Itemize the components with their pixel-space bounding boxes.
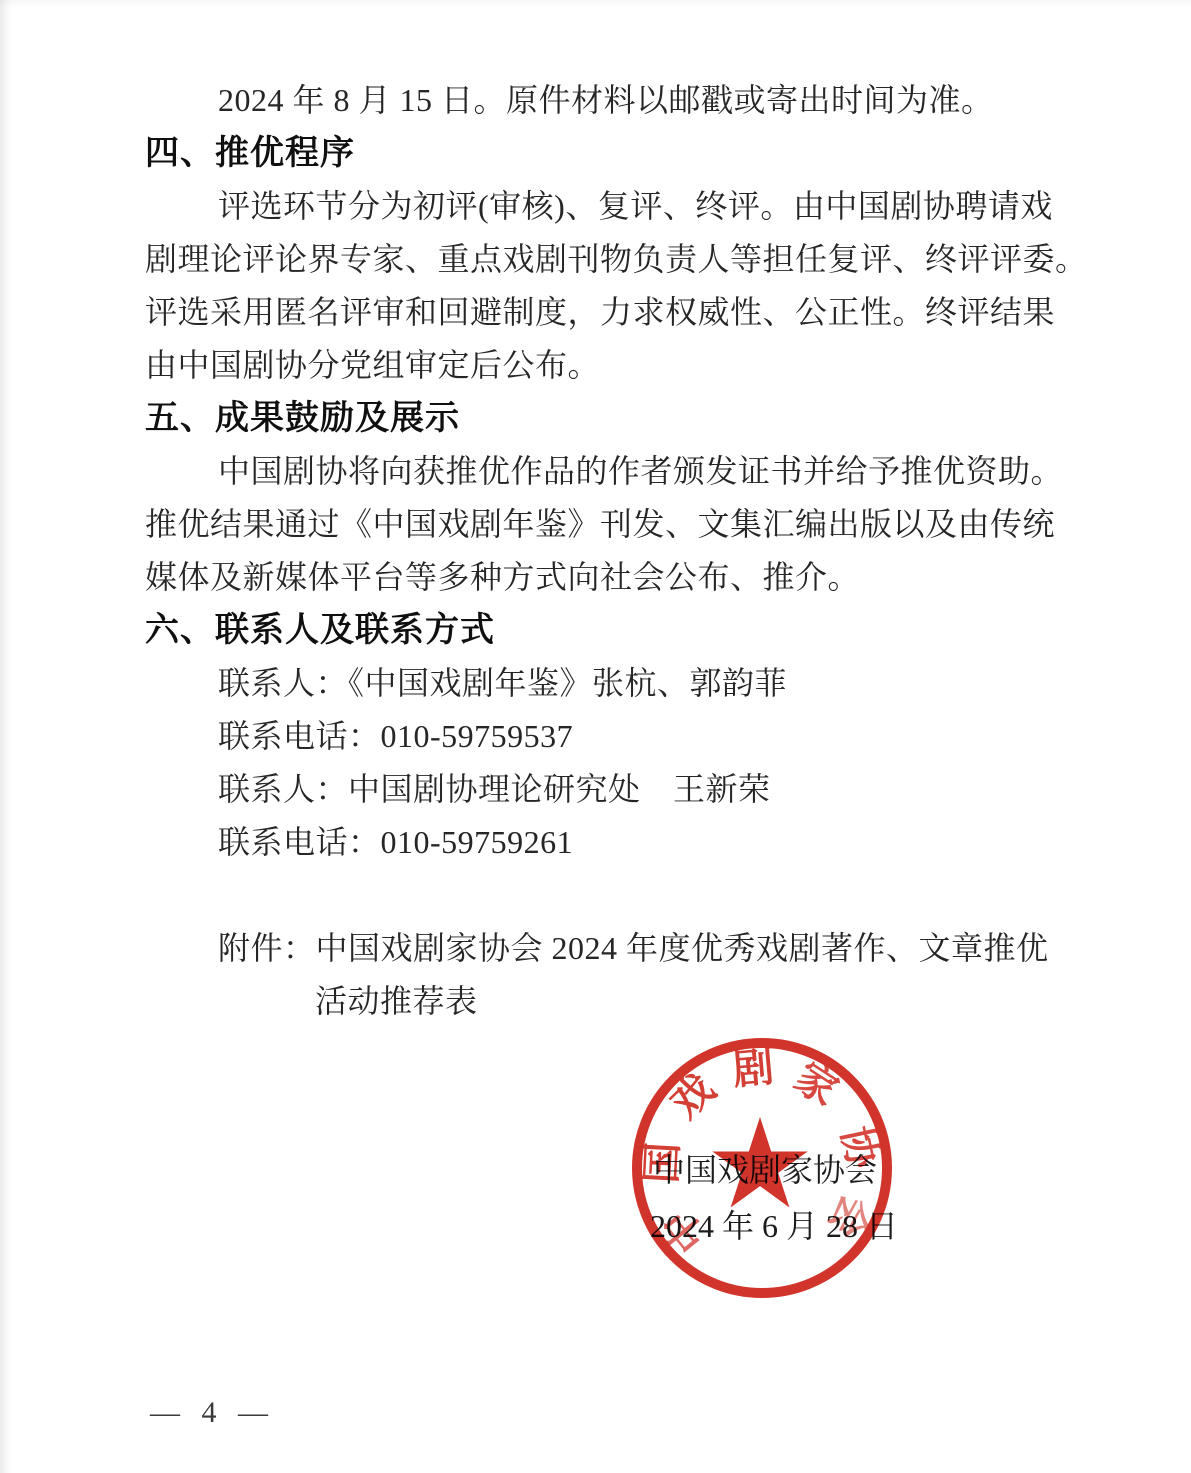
document-body: 2024 年 8 月 15 日。原件材料以邮戳或寄出时间为准。 四、推优程序 评… — [145, 74, 1067, 1028]
seal-ring-char: 协 — [833, 1122, 887, 1174]
page-number: — 4 — — [150, 1396, 275, 1430]
doc-line: 2024 年 8 月 15 日。原件材料以邮戳或寄出时间为准。 — [145, 74, 1067, 127]
contact-name-line: 联系人：《中国戏剧年鉴》张杭、郭韵菲 — [145, 657, 1067, 710]
document-page: 2024 年 8 月 15 日。原件材料以邮戳或寄出时间为准。 四、推优程序 评… — [0, 0, 1191, 1473]
blank-line — [145, 869, 1067, 922]
doc-line: 媒体及新媒体平台等多种方式向社会公布、推介。 — [145, 551, 1067, 604]
seal-star — [712, 1117, 807, 1208]
seal-ring-char: 中 — [654, 1200, 716, 1261]
seal-ring-char: 剧 — [731, 1044, 776, 1093]
doc-line: 由中国剧协分党组审定后公布。 — [145, 339, 1067, 392]
doc-line: 中国剧协将向获推优作品的作者颁发证书并给予推优资助。 — [145, 445, 1067, 498]
doc-line: 推优结果通过《中国戏剧年鉴》刊发、文集汇编出版以及由传统 — [145, 498, 1067, 551]
contact-phone-line: 联系电话：010-59759261 — [145, 816, 1067, 869]
doc-line: 剧理论评论界专家、重点戏剧刊物负责人等担任复评、终评评委。 — [145, 233, 1067, 286]
doc-line: 评选采用匿名评审和回避制度，力求权威性、公正性。终评结果 — [145, 286, 1067, 339]
seal-ring-char: 戏 — [662, 1065, 723, 1127]
attachment-line: 活动推荐表 — [145, 975, 1067, 1028]
contact-phone-line: 联系电话：010-59759537 — [145, 710, 1067, 763]
attachment-line: 附件：中国戏剧家协会 2024 年度优秀戏剧著作、文章推优 — [145, 922, 1067, 975]
contact-name-line: 联系人：中国剧协理论研究处 王新荣 — [145, 763, 1067, 816]
section-heading-4: 四、推优程序 — [145, 127, 1067, 180]
seal-ring-char: 国 — [638, 1141, 686, 1184]
official-seal: 中 国 戏 剧 家 协 会 — [622, 1028, 902, 1308]
section-heading-6: 六、联系人及联系方式 — [145, 604, 1067, 657]
doc-line: 评选环节分为初评(审核)、复评、终评。由中国剧协聘请戏 — [145, 180, 1067, 233]
section-heading-5: 五、成果鼓励及展示 — [145, 392, 1067, 445]
